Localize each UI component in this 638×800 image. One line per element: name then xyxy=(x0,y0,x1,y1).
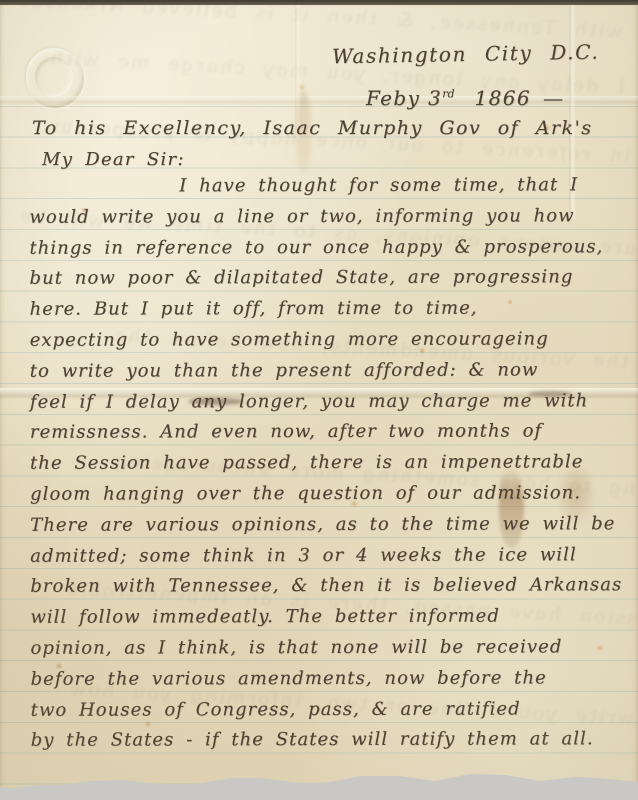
body-line: but now poor & dilapitated State, are pr… xyxy=(29,263,615,295)
body-line: broken with Tennessee, & then it is beli… xyxy=(30,571,616,603)
body-line: gloom hanging over the question of our a… xyxy=(30,478,616,510)
body-line: things in reference to our once happy & … xyxy=(29,232,615,264)
body-line: the Session have passed, there is an imp… xyxy=(30,447,616,479)
salutation-line: My Dear Sir: xyxy=(42,149,185,170)
letter-page: broken with Tennessee, & then it is beli… xyxy=(0,4,638,794)
embossed-seal-inner-ring xyxy=(35,57,73,97)
date-line: Feby 3rd1866— xyxy=(366,86,564,110)
body-line: admitted; some think in 3 or 4 weeks the… xyxy=(30,540,616,572)
date-flourish: — xyxy=(543,86,564,110)
body-line: here. But I put it off, from time to tim… xyxy=(30,293,616,325)
body-line: feel if I delay any longer, you may char… xyxy=(30,386,616,418)
body-line: remissness. And even now, after two mont… xyxy=(30,417,616,449)
body-line: expecting to have something more encoura… xyxy=(30,324,616,356)
embossed-seal xyxy=(26,48,84,108)
date-year: 1866 xyxy=(475,86,532,110)
date-ordinal: rd xyxy=(442,87,454,100)
date-prefix: Feby 3 xyxy=(366,86,442,110)
scan-edge-band xyxy=(0,0,638,5)
place-line: Washington City D.C. xyxy=(332,40,600,69)
body-line: before the various amendments, now befor… xyxy=(31,663,617,695)
body-line: by the States - if the States will ratif… xyxy=(31,725,617,757)
body-line: two Houses of Congress, pass, & are rati… xyxy=(31,694,617,726)
body-line: would write you a line or two, informing… xyxy=(29,201,615,233)
body-line: There are various opinions, as to the ti… xyxy=(30,509,616,541)
body-line: will follow immedeatly. The better infor… xyxy=(30,601,616,633)
letter-body: I have thought for some time, that I wou… xyxy=(29,170,617,757)
scan-background: { "letter": { "place_line": "Washington … xyxy=(0,0,638,800)
body-line: to write you than the present afforded: … xyxy=(30,355,616,387)
recipient-line: To his Excellency, Isaac Murphy Gov of A… xyxy=(32,117,593,139)
body-line: I have thought for some time, that I xyxy=(29,170,615,202)
body-line: opinion, as I think, is that none will b… xyxy=(30,632,616,664)
